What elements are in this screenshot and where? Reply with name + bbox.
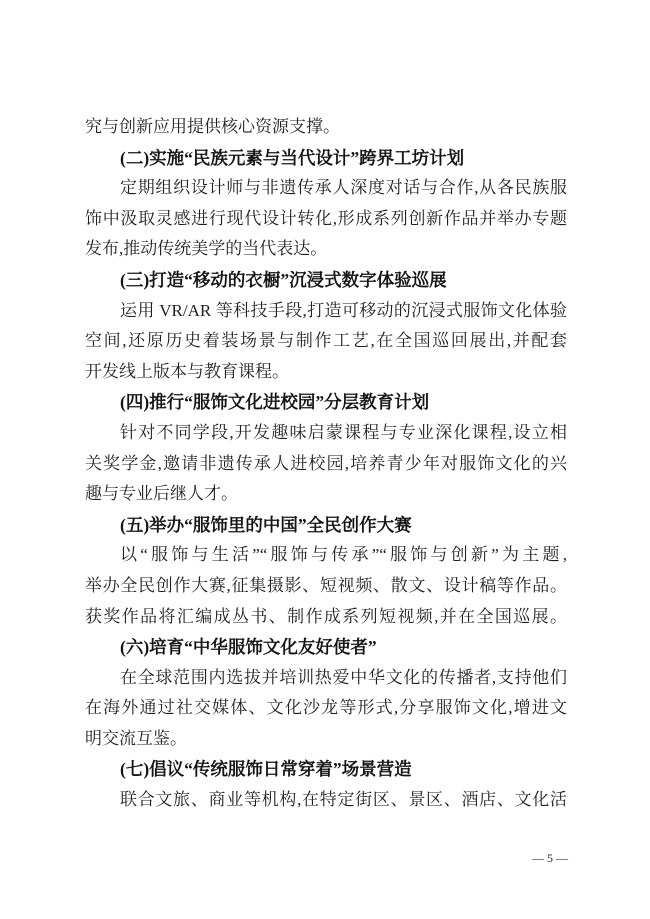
heading-section-2: (二)实施“民族元素与当代设计”跨界工坊计划 (85, 143, 567, 174)
document-page: 究与创新应用提供核心资源支撑。 (二)实施“民族元素与当代设计”跨界工坊计划 定… (0, 0, 650, 919)
body-line: 定期组织设计师与非遗传承人深度对话与合作,从各民族服 (85, 173, 567, 204)
body-line: 在全球范围内选拔并培训热爱中华文化的传播者,支持他们 (85, 663, 567, 694)
heading-section-4: (四)推行“服饰文化进校园”分层教育计划 (85, 387, 567, 418)
heading-section-3: (三)打造“移动的衣橱”沉浸式数字体验巡展 (85, 265, 567, 296)
body-line: 开发线上版本与教育课程。 (85, 357, 567, 388)
body-line: 举办全民创作大赛,征集摄影、短视频、散文、设计稿等作品。 (85, 571, 567, 602)
body-line: 针对不同学段,开发趣味启蒙课程与专业深化课程,设立相 (85, 418, 567, 449)
body-line: 发布,推动传统美学的当代表达。 (85, 234, 567, 265)
body-line: 空间,还原历史着装场景与制作工艺,在全国巡回展出,并配套 (85, 326, 567, 357)
heading-section-6: (六)培育“中华服饰文化友好使者” (85, 632, 567, 663)
heading-section-5: (五)举办“服饰里的中国”全民创作大赛 (85, 510, 567, 541)
body-line: 明交流互鉴。 (85, 724, 567, 755)
body-line: 获奖作品将汇编成丛书、制作成系列短视频,并在全国巡展。 (85, 602, 567, 633)
body-line: 饰中汲取灵感进行现代设计转化,形成系列创新作品并举办专题 (85, 204, 567, 235)
page-number: — 5 — (0, 850, 568, 866)
body-line: 联合文旅、商业等机构,在特定街区、景区、酒店、文化活 (85, 785, 567, 816)
body-line: 以“服饰与生活”“服饰与传承”“服饰与创新”为主题, (85, 540, 567, 571)
body-line: 在海外通过社交媒体、文化沙龙等形式,分享服饰文化,增进文 (85, 693, 567, 724)
body-line: 关奖学金,邀请非遗传承人进校园,培养青少年对服饰文化的兴 (85, 449, 567, 480)
heading-section-7: (七)倡议“传统服饰日常穿着”场景营造 (85, 754, 567, 785)
body-line-continued: 究与创新应用提供核心资源支撑。 (85, 112, 567, 143)
body-line: 运用 VR/AR 等科技手段,打造可移动的沉浸式服饰文化体验 (85, 296, 567, 327)
document-text: 究与创新应用提供核心资源支撑。 (二)实施“民族元素与当代设计”跨界工坊计划 定… (85, 112, 567, 816)
body-line: 趣与专业后继人才。 (85, 479, 567, 510)
